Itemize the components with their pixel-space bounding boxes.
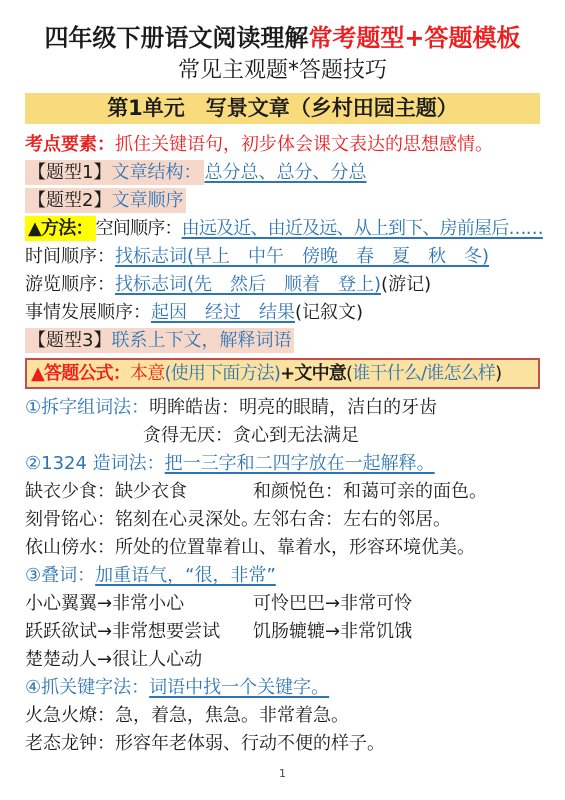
method-2-rule: 把一三字和二四字放在一起解释。 <box>165 453 435 474</box>
line-question-type-3: 【题型3】联系上下文，解释词语 <box>25 330 540 351</box>
question-type-2-tag: 【题型2】 <box>28 190 111 211</box>
vocab-item: 刻骨铭心：铭刻在心灵深处。 <box>25 509 253 530</box>
formula-benyi: 本意 <box>130 363 164 384</box>
duplication-item: 小心翼翼→非常小心 <box>25 593 253 614</box>
vocab-item: 和颜悦色：和蔼可亲的面色。 <box>253 481 487 502</box>
formula-inner: 谁干什么/谁怎么样 <box>352 363 495 384</box>
line-method-1: ①拆字组词法：明眸皓齿：明亮的眼睛，洁白的牙齿 <box>25 397 540 418</box>
tour-order-suffix: (游记) <box>381 274 431 295</box>
duplication-row-2: 跃跃欲试→非常想要尝试饥肠辘辘→非常饥饿 <box>25 621 540 642</box>
title-accent: 常考题型+答题模板 <box>308 24 520 52</box>
vocab-item: 依山傍水：所处的位置靠着山、靠着水，形容环境优美。 <box>25 537 475 558</box>
event-order-label: 事情发展顺序： <box>25 302 151 323</box>
formula-tag: ▲答题公式： <box>31 363 130 384</box>
duplication-row-3: 楚楚动人→很让人心动 <box>25 649 540 670</box>
duplication-item: 楚楚动人→很让人心动 <box>25 649 202 670</box>
question-type-2-label: 文章顺序 <box>111 190 183 211</box>
line-time-order: 时间顺序：找标志词(早上 中午 傍晚 春 夏 秋 冬) <box>25 246 540 267</box>
duplication-item: 可怜巴巴→非常可怜 <box>253 593 412 614</box>
tour-order-answer: 找标志词(先 然后 顺着 登上) <box>115 274 381 295</box>
question-type-1-answer: 总分总、总分、分总 <box>204 162 366 183</box>
line-exam-points: 考点要素：抓住关键语句，初步体会课文表达的思想感情。 <box>25 134 540 155</box>
title-main: 四年级下册语文阅读理解 <box>44 24 308 52</box>
key-example-row-2: 老态龙钟：形容年老体弱、行动不便的样子。 <box>25 733 540 754</box>
worksheet-page: 四年级下册语文阅读理解常考题型+答题模板 常见主观题*答题技巧 第1单元 写景文… <box>0 0 565 800</box>
method-1-label: ①拆字组词法： <box>25 397 149 418</box>
line-method-2: ②1324 造词法：把一三字和二四字放在一起解释。 <box>25 453 540 474</box>
method-tag: ▲方法： <box>25 216 96 241</box>
question-type-3-tag: 【题型3】 <box>28 330 111 351</box>
question-type-3-label: 联系上下文，解释词语 <box>111 330 291 351</box>
line-question-type-2: 【题型2】文章顺序 <box>25 190 540 211</box>
line-tour-order: 游览顺序：找标志词(先 然后 顺着 登上)(游记) <box>25 274 540 295</box>
event-order-suffix: (记叙文) <box>295 302 363 323</box>
key-example-item: 火急火燎：急，着急，焦急。非常着急。 <box>25 705 349 726</box>
duplication-row-1: 小心翼翼→非常小心可怜巴巴→非常可怜 <box>25 593 540 614</box>
question-type-1-label: 文章结构： <box>111 162 201 183</box>
unit-banner: 第1单元 写景文章（乡村田园主题） <box>25 93 540 124</box>
vocab-item: 左邻右舍：左右的邻居。 <box>253 509 451 530</box>
tour-order-label: 游览顺序： <box>25 274 115 295</box>
line-method-1-example-2: 贪得无厌：贪心到无法满足 <box>143 425 540 446</box>
event-order-answer: 起因 经过 结果 <box>151 302 295 323</box>
key-example-item: 老态龙钟：形容年老体弱、行动不便的样子。 <box>25 733 385 754</box>
time-order-label: 时间顺序： <box>25 246 115 267</box>
question-type-1-tag: 【题型1】 <box>28 162 111 183</box>
formula-paren-method: (使用下面方法) <box>164 363 280 384</box>
vocab-item: 缺衣少食：缺少衣食 <box>25 481 253 502</box>
method-1-example-1: 明眸皓齿：明亮的眼睛，洁白的牙齿 <box>149 397 437 418</box>
exam-points-label: 考点要素： <box>25 134 115 155</box>
method-4-rule: 词语中找一个关键字。 <box>149 677 329 698</box>
space-order-answer: 由远及近、由近及远、从上到下、房前屋后…… <box>182 218 543 239</box>
page-title: 四年级下册语文阅读理解常考题型+答题模板 <box>25 24 540 52</box>
line-method-space-order: ▲方法：空间顺序：由远及近、由近及远、从上到下、房前屋后…… <box>25 218 540 239</box>
method-3-rule: 加重语气，“很，非常” <box>95 565 276 586</box>
vocab-row-2: 刻骨铭心：铭刻在心灵深处。左邻右舍：左右的邻居。 <box>25 509 540 530</box>
line-event-order: 事情发展顺序：起因 经过 结果(记叙文) <box>25 302 540 323</box>
time-order-answer: 找标志词(早上 中午 傍晚 春 夏 秋 冬) <box>115 246 489 267</box>
method-3-label: ③叠词： <box>25 565 95 586</box>
vocab-row-3: 依山傍水：所处的位置靠着山、靠着水，形容环境优美。 <box>25 537 540 558</box>
space-order-label: 空间顺序： <box>96 218 182 239</box>
duplication-item: 饥肠辘辘→非常饥饿 <box>253 621 412 642</box>
method-2-label: ②1324 造词法： <box>25 453 165 474</box>
method-4-label: ④抓关键字法： <box>25 677 149 698</box>
vocab-row-1: 缺衣少食：缺少衣食和颜悦色：和蔼可亲的面色。 <box>25 481 540 502</box>
line-method-4: ④抓关键字法：词语中找一个关键字。 <box>25 677 540 698</box>
method-1-example-2: 贪得无厌：贪心到无法满足 <box>143 425 359 446</box>
formula-paren-close: ) <box>495 363 501 384</box>
line-question-type-1: 【题型1】文章结构：总分总、总分、分总 <box>25 162 540 183</box>
page-number: 1 <box>0 767 565 780</box>
exam-points-text: 抓住关键语句，初步体会课文表达的思想感情。 <box>115 134 493 155</box>
formula-mid: +文中意 <box>280 363 346 384</box>
answer-formula-box: ▲答题公式：本意(使用下面方法)+文中意(谁干什么/谁怎么样) <box>25 358 540 389</box>
key-example-row-1: 火急火燎：急，着急，焦急。非常着急。 <box>25 705 540 726</box>
duplication-item: 跃跃欲试→非常想要尝试 <box>25 621 253 642</box>
line-method-3: ③叠词：加重语气，“很，非常” <box>25 565 540 586</box>
page-subtitle: 常见主观题*答题技巧 <box>25 58 540 84</box>
